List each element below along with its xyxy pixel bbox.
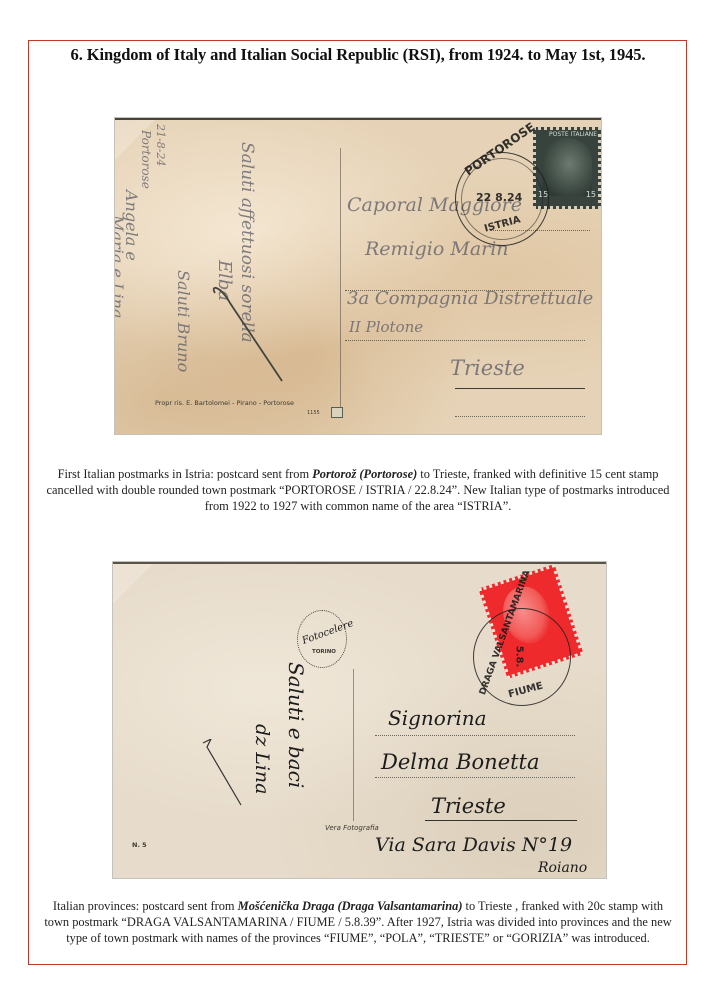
- publisher-logo-icon: [331, 407, 343, 418]
- handwritten-place: Portorose: [139, 130, 153, 189]
- pen-stroke: [210, 285, 290, 385]
- card-divider: [340, 148, 341, 416]
- card-number: N. 5: [132, 841, 147, 849]
- postmark-portorose: PORTOROSE 22 8.24 ISTRIA: [455, 152, 549, 246]
- postmark-province: FIUME: [507, 681, 544, 701]
- address-line: Trieste: [431, 794, 506, 818]
- handwritten-date: 21-8-24: [154, 124, 167, 166]
- fotocelere-logo: Fotocelere TORINO: [297, 610, 347, 668]
- handwritten-side-line: Maria e Lina: [115, 215, 127, 318]
- handwritten-signature: dz Lina: [251, 724, 273, 794]
- publisher-imprint: Propr ris. E. Bartolomei - Pirano - Port…: [155, 399, 294, 407]
- address-line: Trieste: [450, 356, 525, 380]
- postmark-date: 22 8.24: [476, 191, 522, 204]
- address-line: Signorina: [388, 706, 487, 730]
- address-line: Delma Bonetta: [381, 750, 540, 774]
- postcard-portorose: Saluti affettuosi sorella Elba 21-8-24 P…: [115, 118, 601, 434]
- address-line: Via Sara Davis N°19: [375, 834, 572, 856]
- address-rule: [375, 777, 575, 778]
- card-corner: [113, 564, 153, 604]
- address-rule: [345, 290, 585, 291]
- handwritten-side-line: Saluti Bruno: [174, 270, 193, 372]
- address-line: 3a Compagnia Distrettuale: [347, 288, 593, 309]
- handwritten-message: Saluti e baci: [284, 662, 308, 788]
- caption-place: Portorož (Portorose): [312, 467, 417, 481]
- page-title: 6. Kingdom of Italy and Italian Social R…: [28, 45, 688, 65]
- caption-draga: Italian provinces: postcard sent from Mo…: [40, 898, 676, 946]
- address-rule: [455, 416, 585, 417]
- address-rule: [345, 340, 585, 341]
- card-divider: [353, 669, 354, 821]
- address-rule: [455, 388, 585, 389]
- postcard-draga: Fotocelere TORINO Saluti e baci dz Lina …: [113, 562, 606, 878]
- caption-place: Mošćenička Draga (Draga Valsantamarina): [238, 899, 463, 913]
- imprint-vera-fotografia: Vera Fotografia: [325, 824, 379, 832]
- postmark-date: 5.8.: [513, 646, 524, 668]
- address-line: II Plotone: [349, 318, 423, 336]
- address-line: Roiano: [538, 860, 587, 876]
- imprint-number: 1155: [307, 410, 320, 416]
- king-portrait: [542, 138, 592, 196]
- logo-city: TORINO: [312, 649, 336, 655]
- stamp-country: POSTE ITALIANE: [549, 131, 597, 138]
- stamp-value: 15: [586, 190, 596, 199]
- address-rule: [425, 820, 577, 821]
- postmark-draga: DRAGA VALSANTAMARINA 5.8. FIUME: [473, 608, 571, 706]
- pen-stroke: [201, 739, 251, 809]
- caption-portorose: First Italian postmarks in Istria: postc…: [40, 466, 676, 514]
- logo-name: Fotocelere: [301, 618, 355, 647]
- address-rule: [375, 735, 575, 736]
